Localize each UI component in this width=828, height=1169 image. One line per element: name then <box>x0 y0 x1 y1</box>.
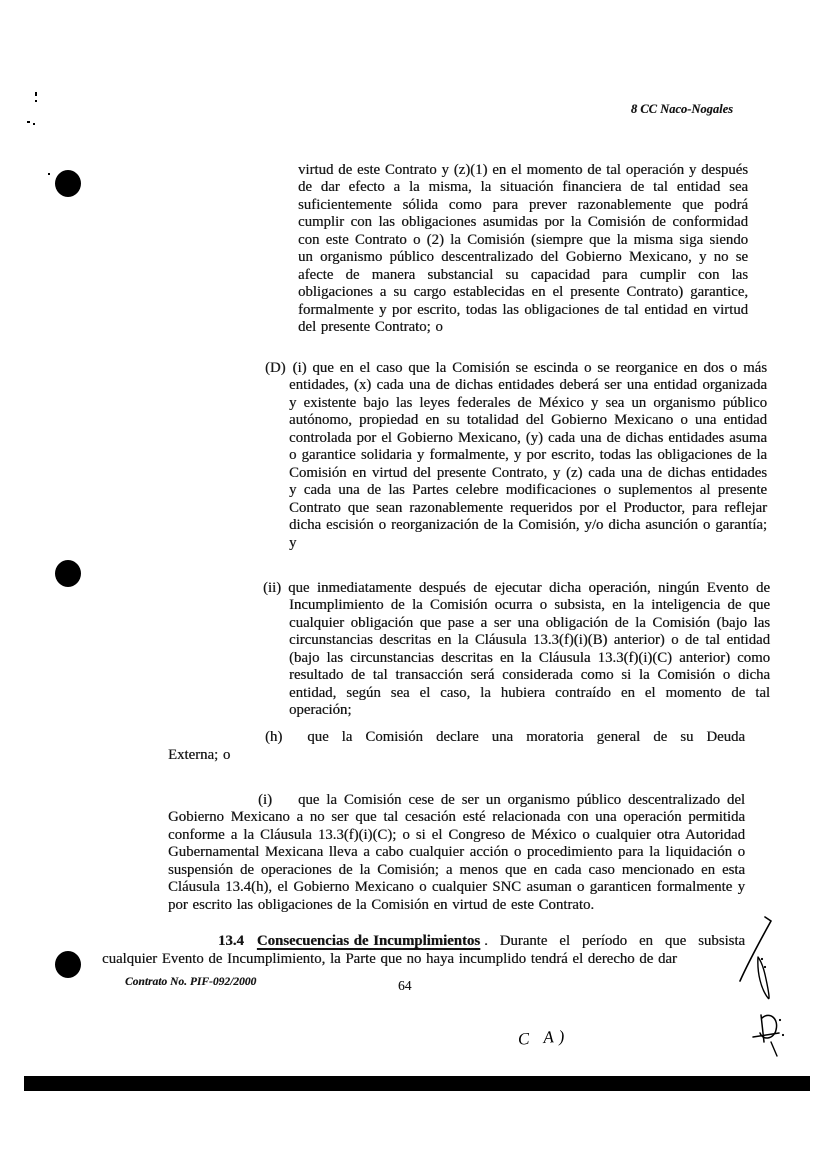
item-label-ii: (ii) <box>263 580 281 596</box>
scanned-contract-page: 8 CC Naco-Nogales virtud de este Contrat… <box>0 0 828 1169</box>
item-label-h: (h) <box>265 729 282 747</box>
item-h-line-1: (h)que la Comisión declare una moratoria… <box>168 729 745 747</box>
section-13-4-line-1: 13.4Consecuencias de Incumplimientos. Du… <box>102 933 745 951</box>
handwritten-initials: C A) <box>517 1026 570 1050</box>
item-label-i: (i) <box>258 792 272 808</box>
handwritten-scribble-mark <box>735 915 797 1011</box>
scan-speck <box>35 92 37 96</box>
scan-artifact-bar <box>24 1076 810 1091</box>
handwritten-scribble-mark <box>748 1008 792 1066</box>
section-13-4: 13.4Consecuencias de Incumplimientos. Du… <box>102 933 745 968</box>
paragraph-continuation: virtud de este Contrato y (z)(1) en el m… <box>298 162 748 337</box>
footer-contract-number: Contrato No. PIF-092/2000 <box>125 976 256 988</box>
item-text-ii: que inmediatamente después de ejecutar d… <box>288 580 770 719</box>
scan-speck <box>33 123 35 125</box>
paragraph-item-i: (i)que la Comisión cese de ser un organi… <box>168 792 745 915</box>
paragraph-item-ii: (ii)que inmediatamente después de ejecut… <box>263 580 770 720</box>
item-h-text-line-2: Externa; o <box>168 747 745 765</box>
scan-speck <box>35 100 37 102</box>
scan-speck <box>27 121 30 123</box>
paragraph-item-h: (h)que la Comisión declare una moratoria… <box>168 729 745 764</box>
section-text-line-2: cualquier Evento de Incumplimiento, la P… <box>102 951 745 969</box>
section-number: 13.4 <box>218 933 244 951</box>
section-heading: Consecuencias de Incumplimientos <box>257 933 480 951</box>
hole-punch-mark <box>55 951 81 978</box>
section-text-line-1: . Durante el período en que subsista <box>484 933 745 951</box>
scan-speck <box>48 173 50 175</box>
item-label-d: (D) <box>265 360 286 376</box>
item-text-i: que la Comisión cese de ser un organismo… <box>168 792 745 913</box>
page-number: 64 <box>398 978 412 994</box>
hole-punch-mark <box>55 170 81 197</box>
paragraph-item-d: (D)(i) que en el caso que la Comisión se… <box>265 360 767 553</box>
page-header-reference: 8 CC Naco-Nogales <box>500 102 733 117</box>
item-h-text-line-1: que la Comisión declare una moratoria ge… <box>307 729 745 747</box>
hole-punch-mark <box>55 560 81 587</box>
item-text-d: (i) que en el caso que la Comisión se es… <box>289 360 767 551</box>
